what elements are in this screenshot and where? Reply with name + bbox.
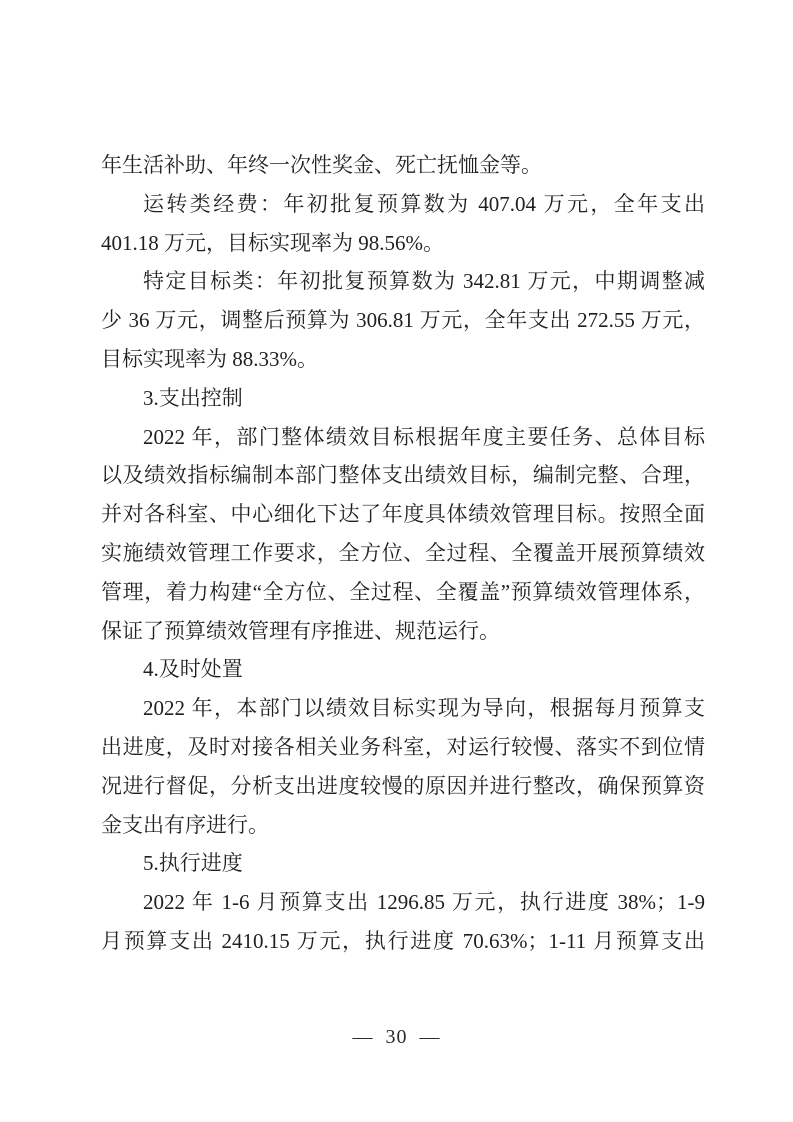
text-line: 出进度，及时对接各相关业务科室，对运行较慢、落实不到位情: [101, 728, 705, 767]
text-line: 少 36 万元，调整后预算为 306.81 万元，全年支出 272.55 万元，: [101, 301, 705, 340]
text-line: 管理，着力构建“全方位、全过程、全覆盖”预算绩效管理体系，: [101, 573, 705, 612]
text-line: 4.及时处置: [101, 650, 705, 689]
text-line: 3.支出控制: [101, 379, 705, 418]
document-page: 年生活补助、年终一次性奖金、死亡抚恤金等。运转类经费：年初批复预算数为 407.…: [0, 0, 793, 1122]
text-line: 运转类经费：年初批复预算数为 407.04 万元，全年支出: [101, 185, 705, 224]
page-number: — 30 —: [0, 1026, 793, 1049]
text-line: 以及绩效指标编制本部门整体支出绩效目标，编制完整、合理，: [101, 456, 705, 495]
text-line: 况进行督促，分析支出进度较慢的原因并进行整改，确保预算资: [101, 767, 705, 806]
text-line: 5.执行进度: [101, 844, 705, 883]
text-line: 年生活补助、年终一次性奖金、死亡抚恤金等。: [101, 146, 705, 185]
text-line: 金支出有序进行。: [101, 806, 705, 845]
text-line: 特定目标类：年初批复预算数为 342.81 万元，中期调整减: [101, 262, 705, 301]
text-line: 2022 年，本部门以绩效目标实现为导向，根据每月预算支: [101, 689, 705, 728]
text-line: 实施绩效管理工作要求，全方位、全过程、全覆盖开展预算绩效: [101, 534, 705, 573]
text-line: 保证了预算绩效管理有序推进、规范运行。: [101, 612, 705, 651]
text-line: 并对各科室、中心细化下达了年度具体绩效管理目标。按照全面: [101, 495, 705, 534]
text-line: 2022 年 1-6 月预算支出 1296.85 万元，执行进度 38%；1-9: [101, 883, 705, 922]
text-line: 目标实现率为 88.33%。: [101, 340, 705, 379]
text-line: 月预算支出 2410.15 万元，执行进度 70.63%；1-11 月预算支出: [101, 922, 705, 961]
text-line: 401.18 万元，目标实现率为 98.56%。: [101, 224, 705, 263]
document-body: 年生活补助、年终一次性奖金、死亡抚恤金等。运转类经费：年初批复预算数为 407.…: [101, 146, 705, 961]
text-line: 2022 年，部门整体绩效目标根据年度主要任务、总体目标: [101, 418, 705, 457]
